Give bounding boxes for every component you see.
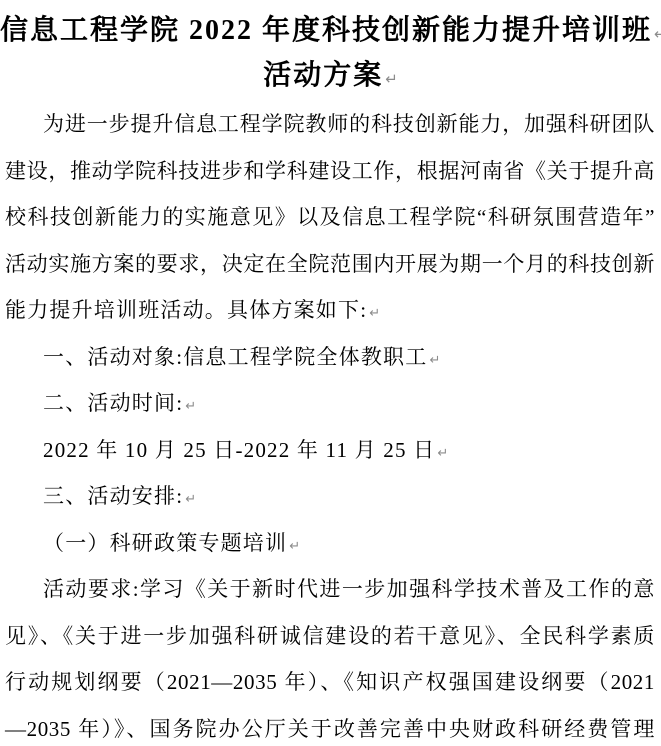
paragraph-mark-icon: ↵ xyxy=(185,399,196,414)
body-line: 2022 年 10 月 25 日-2022 年 11 月 25 日↵ xyxy=(5,427,655,474)
body-line-text: 能力提升培训班活动。具体方案如下: xyxy=(5,298,367,322)
body-line-text: 活动要求:学习《关于新时代进一步加强科学技术普及工作的意 xyxy=(43,577,655,601)
body-line: 建设，推动学院科技进步和学科建设工作，根据河南省《关于提升高 xyxy=(5,148,655,195)
title-line-text: 信息工程学院 2022 年度科技创新能力提升培训班 xyxy=(0,15,652,46)
paragraph-mark-icon: ↵ xyxy=(185,492,196,507)
paragraph-mark-icon: ↵ xyxy=(289,539,300,554)
body-line: 活动要求:学习《关于新时代进一步加强科学技术普及工作的意 xyxy=(5,566,655,613)
body-line-text: 校科技创新能力的实施意见》以及信息工程学院“科研氛围营造年” xyxy=(5,205,655,229)
body-line-text: 三、活动安排: xyxy=(43,484,183,508)
title-line-text: 活动方案 xyxy=(263,60,383,91)
body-line-text: 见》、《关于进一步加强科研诚信建设的若干意见》、全民科学素质 xyxy=(5,624,655,648)
body-line: 校科技创新能力的实施意见》以及信息工程学院“科研氛围营造年” xyxy=(5,194,655,241)
paragraph-mark-icon: ↵ xyxy=(385,70,398,88)
paragraph-mark-icon: ↵ xyxy=(369,306,380,321)
body-line-text: 二、活动时间: xyxy=(43,391,183,415)
document-body: 为进一步提升信息工程学院教师的科技创新能力，加强科研团队建设，推动学院科技进步和… xyxy=(5,101,655,746)
title-line: 信息工程学院 2022 年度科技创新能力提升培训班↵ xyxy=(0,8,661,53)
body-line-text: 行动规划纲要（2021—2035 年）、《知识产权强国建设纲要（2021 xyxy=(5,670,655,694)
body-line-text: （一）科研政策专题培训 xyxy=(43,531,287,555)
paragraph-mark-icon: ↵ xyxy=(429,353,440,368)
body-line-text: 建设，推动学院科技进步和学科建设工作，根据河南省《关于提升高 xyxy=(5,159,655,183)
body-line: 为进一步提升信息工程学院教师的科技创新能力，加强科研团队 xyxy=(5,101,655,148)
body-line-text: 一、活动对象:信息工程学院全体教职工 xyxy=(43,345,427,369)
paragraph-mark-icon: ↵ xyxy=(437,446,448,461)
body-line-text: —2035 年）》、国务院办公厅关于改善完善中央财政科研经费管理 xyxy=(5,717,655,741)
body-line: 三、活动安排:↵ xyxy=(5,473,655,520)
paragraph-mark-icon: ↵ xyxy=(654,25,661,43)
body-line: 能力提升培训班活动。具体方案如下:↵ xyxy=(5,287,655,334)
body-line: 二、活动时间:↵ xyxy=(5,380,655,427)
body-line: 见》、《关于进一步加强科研诚信建设的若干意见》、全民科学素质 xyxy=(5,613,655,660)
body-line: —2035 年）》、国务院办公厅关于改善完善中央财政科研经费管理 xyxy=(5,706,655,746)
document-title: 信息工程学院 2022 年度科技创新能力提升培训班↵活动方案↵ xyxy=(0,8,661,98)
document-page: 信息工程学院 2022 年度科技创新能力提升培训班↵活动方案↵ 为进一步提升信息… xyxy=(0,0,661,746)
body-line: 一、活动对象:信息工程学院全体教职工↵ xyxy=(5,334,655,381)
body-line: （一）科研政策专题培训↵ xyxy=(5,520,655,567)
body-line-text: 活动实施方案的要求，决定在全院范围内开展为期一个月的科技创新 xyxy=(5,252,655,276)
title-line: 活动方案↵ xyxy=(0,53,661,98)
body-line-text: 2022 年 10 月 25 日-2022 年 11 月 25 日 xyxy=(43,438,435,462)
body-line-text: 为进一步提升信息工程学院教师的科技创新能力，加强科研团队 xyxy=(43,112,655,136)
body-line: 行动规划纲要（2021—2035 年）、《知识产权强国建设纲要（2021 xyxy=(5,659,655,706)
body-line: 活动实施方案的要求，决定在全院范围内开展为期一个月的科技创新 xyxy=(5,241,655,288)
